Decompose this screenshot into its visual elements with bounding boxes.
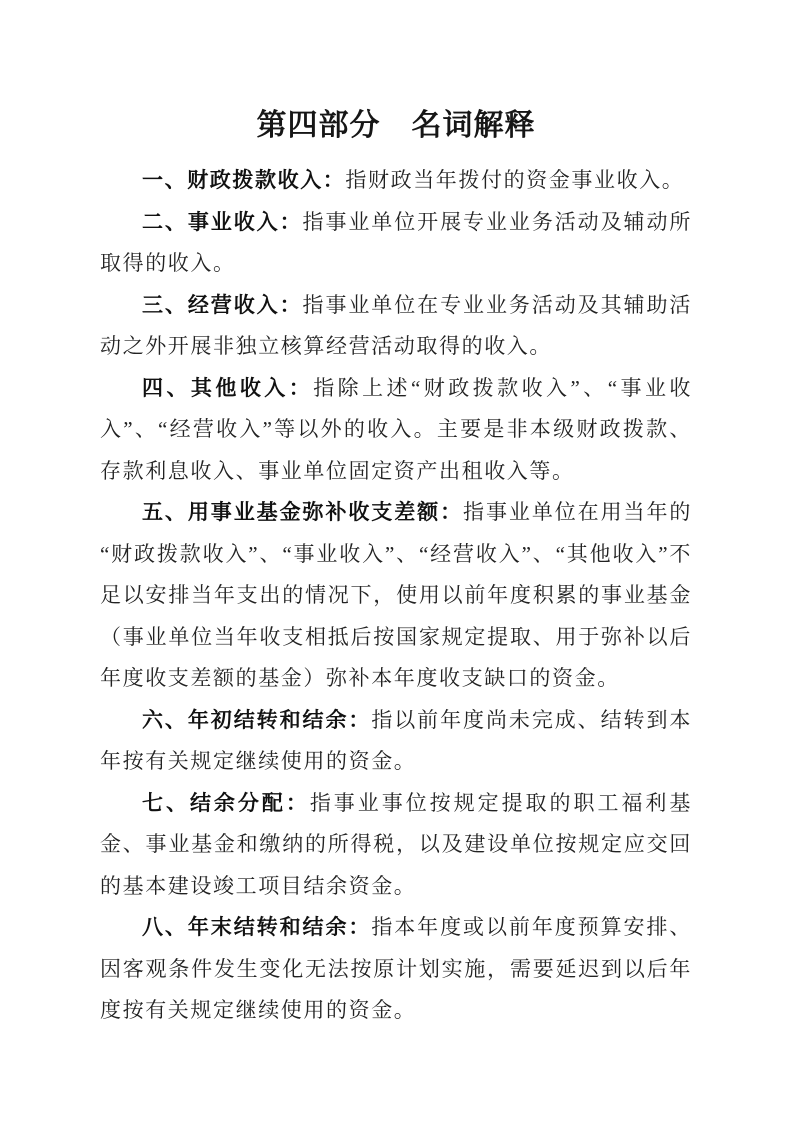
glossary-entry: 一、财政拨款收入：指财政当年拨付的资金事业收入。 — [100, 160, 692, 202]
entry-term: 七、结余分配： — [142, 791, 310, 815]
entry-term: 二、事业收入： — [142, 210, 303, 234]
entry-term: 四、其他收入： — [142, 376, 313, 400]
glossary-entry: 四、其他收入：指除上述“财政拨款收入”、“事业收入”、“经营收入”等以外的收入。… — [100, 368, 692, 493]
glossary-entry: 六、年初结转和结余：指以前年度尚未完成、结转到本年按有关规定继续使用的资金。 — [100, 700, 692, 783]
glossary-entry: 五、用事业基金弥补收支差额：指事业单位在用当年的“财政拨款收入”、“事业收入”、… — [100, 492, 692, 700]
glossary-entry: 三、经营收入：指事业单位在专业业务活动及其辅助活动之外开展非独立核算经营活动取得… — [100, 285, 692, 368]
entry-term: 一、财政拨款收入： — [142, 168, 345, 192]
entry-definition: 指事业单位在用当年的“财政拨款收入”、“事业收入”、“经营收入”、“其他收入”不… — [100, 500, 692, 690]
entry-term: 八、年末结转和结余： — [142, 915, 371, 939]
page-title: 第四部分 名词解释 — [100, 104, 692, 148]
document-content: 第四部分 名词解释 一、财政拨款收入：指财政当年拨付的资金事业收入。 二、事业收… — [0, 0, 793, 1032]
glossary-entry: 八、年末结转和结余：指本年度或以前年度预算安排、因客观条件发生变化无法按原计划实… — [100, 907, 692, 1032]
glossary-entry: 七、结余分配：指事业事位按规定提取的职工福利基金、事业基金和缴纳的所得税，以及建… — [100, 783, 692, 908]
entry-definition: 指财政当年拨付的资金事业收入。 — [345, 168, 684, 192]
entry-term: 六、年初结转和结余： — [142, 708, 371, 732]
glossary-entry: 二、事业收入：指事业单位开展专业业务活动及辅动所取得的收入。 — [100, 202, 692, 285]
document-page: 第四部分 名词解释 一、财政拨款收入：指财政当年拨付的资金事业收入。 二、事业收… — [0, 0, 793, 1122]
entry-term: 五、用事业基金弥补收支差额： — [142, 500, 463, 524]
entry-term: 三、经营收入： — [142, 293, 303, 317]
